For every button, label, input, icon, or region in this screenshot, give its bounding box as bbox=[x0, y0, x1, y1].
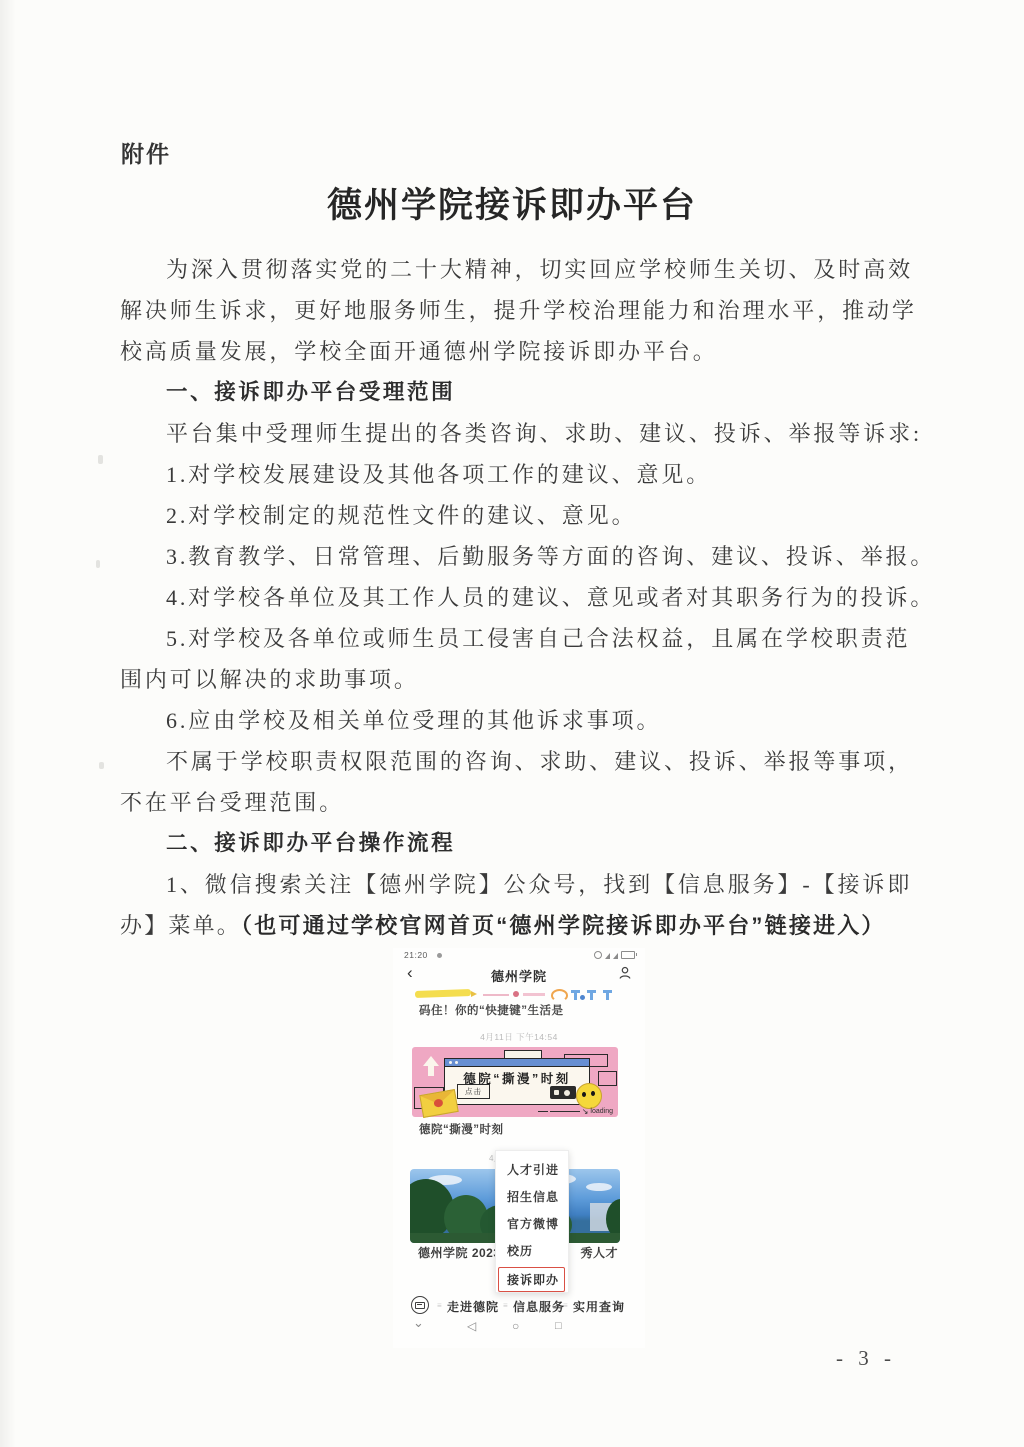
click-button-depicted: 点击 bbox=[457, 1084, 490, 1099]
list-item-2: 2.对学校制定的规范性文件的建议、意见。 bbox=[120, 495, 916, 536]
tab-info-service: ≡信息服务 bbox=[513, 1298, 565, 1315]
android-nav-bar: ⌄ ◁ ○ □ bbox=[393, 1319, 645, 1335]
chat-timestamp: 4月11日 下午14:54 bbox=[393, 1031, 645, 1043]
status-time: 21:20 bbox=[404, 950, 428, 960]
list-item-1: 1.对学校发展建设及其他各项工作的建议、意见。 bbox=[120, 454, 916, 495]
banner-card-image: 德院“撕漫”时刻 点击 ↘ loading bbox=[412, 1047, 618, 1117]
retro-window: 德院“撕漫”时刻 点击 bbox=[444, 1058, 590, 1105]
loading-label: loading bbox=[590, 1108, 613, 1115]
document-title: 德州学院接诉即办平台 bbox=[0, 178, 1024, 228]
phone-screenshot: 21:20 ‹ 德州学院 bbox=[393, 948, 645, 1348]
paragraph-line: 平台集中受理师生提出的各类咨询、求助、建议、投诉、举报等诉求: bbox=[120, 413, 916, 454]
section-heading-2: 二、接诉即办平台操作流程 bbox=[120, 823, 916, 864]
up-arrow-icon bbox=[423, 1056, 439, 1066]
camera-icon bbox=[550, 1086, 576, 1099]
menu-popup: 人才引进 招生信息 官方微博 校历 接诉即办 bbox=[495, 1150, 569, 1293]
keyboard-icon bbox=[411, 1296, 429, 1314]
phone-status-bar: 21:20 bbox=[393, 950, 645, 961]
doodle-arc bbox=[551, 989, 568, 1001]
document-page: 附件 德州学院接诉即办平台 为深入贯彻落实党的二十大精神，切实回应学校师生关切、… bbox=[0, 0, 1024, 1447]
person-icon bbox=[618, 966, 632, 980]
attachment-label: 附件 bbox=[121, 136, 171, 169]
window-fragment bbox=[598, 1071, 617, 1086]
doodle-t bbox=[571, 990, 580, 993]
battery-icon bbox=[621, 951, 635, 959]
doodle-strip-image bbox=[399, 987, 639, 1001]
tab-about: ≡走进德院 bbox=[447, 1298, 499, 1315]
doodle-dot bbox=[580, 995, 585, 1000]
scan-speck bbox=[98, 455, 103, 464]
section-heading-1: 一、接诉即办平台受理范围 bbox=[120, 372, 916, 413]
list-item-5: 5.对学校及各单位或师生员工侵害自己合法权益，且属在学校职责范 bbox=[120, 618, 916, 659]
android-back-icon: ◁ bbox=[467, 1319, 476, 1333]
step-1-line: 1、微信搜索关注【德州学院】公众号，找到【信息服务】-【接诉即 bbox=[120, 864, 916, 905]
step-text-bold: （也可通过学校官网首页“德州学院接诉即办平台”链接进入） bbox=[241, 913, 886, 938]
account-title: 德州学院 bbox=[393, 966, 645, 985]
photo-caption-right: 秀人才 bbox=[580, 1244, 618, 1261]
smiley-icon bbox=[576, 1083, 602, 1109]
list-item-5-cont: 围内可以解决的求助事项。 bbox=[120, 659, 916, 700]
status-left-icon bbox=[437, 953, 442, 958]
doodle-t bbox=[587, 990, 596, 993]
doodle-t bbox=[603, 990, 612, 993]
menu-item-talent: 人才引进 bbox=[507, 1161, 559, 1178]
menu-lines-icon: ≡ bbox=[437, 1301, 443, 1310]
envelope-icon bbox=[419, 1089, 458, 1118]
photo-caption-left: 德州学院 2023 bbox=[418, 1244, 501, 1261]
menu-item-admissions: 招生信息 bbox=[507, 1188, 559, 1205]
pencil-shape bbox=[415, 989, 471, 998]
tab-utility: ≡实用查询 bbox=[573, 1298, 625, 1315]
paragraph-line: 解决师生诉求，更好地服务师生，提升学校治理能力和治理水平，推动学 bbox=[120, 290, 916, 331]
paragraph-line: 校高质量发展，学校全面开通德州学院接诉即办平台。 bbox=[120, 331, 916, 372]
menu-item-complaint-highlighted: 接诉即办 bbox=[498, 1267, 565, 1292]
paragraph-line: 为深入贯彻落实党的二十大精神，切实回应学校师生关切、及时高效 bbox=[120, 249, 916, 290]
dash bbox=[550, 1111, 580, 1112]
cloud bbox=[586, 1183, 612, 1191]
phone-tab-bar: ≡走进德院 ≡信息服务 ≡实用查询 bbox=[393, 1296, 645, 1314]
doodle-dot bbox=[513, 991, 519, 997]
retro-window-titlebar bbox=[445, 1059, 589, 1067]
phone-nav-bar: ‹ 德州学院 bbox=[393, 963, 645, 985]
pencil-tip bbox=[471, 991, 477, 997]
menu-lines-icon: ≡ bbox=[563, 1301, 569, 1310]
keyboard-glyph bbox=[415, 1302, 425, 1309]
banner-caption: 德院“撕漫”时刻 bbox=[419, 1121, 504, 1137]
moon-icon bbox=[594, 951, 602, 959]
list-item-3: 3.教育教学、日常管理、后勤服务等方面的咨询、建议、投诉、举报。 bbox=[120, 536, 916, 577]
up-arrow-icon bbox=[428, 1066, 434, 1076]
android-home-icon: ○ bbox=[512, 1319, 519, 1333]
step-text-regular: 办】菜单。 bbox=[120, 913, 241, 938]
document-body: 为深入贯彻落实党的二十大精神，切实回应学校师生关切、及时高效 解决师生诉求，更好… bbox=[120, 249, 916, 946]
list-item-4: 4.对学校各单位及其工作人员的建议、意见或者对其职务行为的投诉。 bbox=[120, 577, 916, 618]
doodle-dash bbox=[523, 993, 545, 996]
loading-doodle: ↘ loading bbox=[538, 1108, 613, 1115]
step-1-line-cont: 办】菜单。（也可通过学校官网首页“德州学院接诉即办平台”链接进入） bbox=[120, 905, 916, 946]
arrow-down-right-icon: ↘ bbox=[582, 1108, 589, 1115]
paragraph-line: 不属于学校职责权限范围的咨询、求助、建议、投诉、举报等事项， bbox=[120, 741, 916, 782]
paragraph-line: 不在平台受理范围。 bbox=[120, 782, 916, 823]
scan-speck bbox=[99, 762, 104, 769]
dash bbox=[538, 1111, 548, 1112]
menu-lines-icon: ≡ bbox=[503, 1301, 509, 1310]
signal-icon bbox=[613, 953, 618, 959]
android-recents-icon: □ bbox=[555, 1319, 562, 1333]
page-number: - 3 - bbox=[836, 1346, 896, 1371]
doodle-dash bbox=[483, 994, 509, 996]
status-right-icons bbox=[594, 951, 635, 959]
menu-item-weibo: 官方微博 bbox=[507, 1215, 559, 1232]
article-headline: 码住！你的“快捷键”生活是 bbox=[419, 1002, 564, 1018]
list-item-6: 6.应由学校及相关单位受理的其他诉求事项。 bbox=[120, 700, 916, 741]
signal-icon bbox=[605, 953, 610, 959]
hide-chevron-icon: ⌄ bbox=[413, 1316, 424, 1330]
menu-item-calendar: 校历 bbox=[507, 1242, 533, 1259]
scan-speck bbox=[96, 560, 100, 568]
